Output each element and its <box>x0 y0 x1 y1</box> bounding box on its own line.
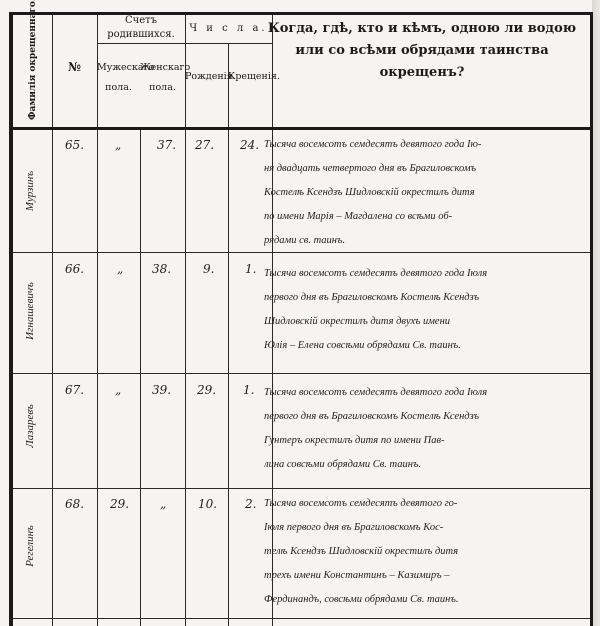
entry-female: 37. <box>157 138 176 152</box>
entry-baptism-day: 1. <box>243 383 254 397</box>
header-births-count: Счетъ родившихся. <box>97 14 185 42</box>
header-surname: Фамилія окрещеннаго. <box>28 10 38 120</box>
entry-birth-day: 10. <box>198 497 217 511</box>
entry-birth-day: 9. <box>203 262 214 276</box>
entry-line: лина совсѣми обрядами Св. таинъ. <box>264 453 580 477</box>
entry-line: трехъ имени Константинъ – Казимиръ – <box>264 564 580 588</box>
entry-text: Тысяча восемсотъ семдесятъ девятого го- … <box>264 492 580 612</box>
entry-line: рядами св. таинъ. <box>264 229 580 253</box>
header-subdivider <box>97 43 185 44</box>
entry-line: по имени Марія – Магдалена со всѣми об- <box>264 205 580 229</box>
col-divider <box>140 130 141 626</box>
entry-birth-day: 27. <box>195 138 214 152</box>
entry-line: Тысяча восемсотъ семдесятъ девятого го- <box>264 492 580 516</box>
entry-number: 68. <box>65 497 84 511</box>
header-dates: Ч и с л а. <box>185 22 272 36</box>
header-birth: Рожденія. <box>185 70 228 84</box>
entry-line: телѣ Ксендзъ Шидловскій окрестилъ дитя <box>264 540 580 564</box>
entry-line: Фердинандъ, совсѣми обрядами Св. таинъ. <box>264 588 580 612</box>
entry-surname: Лазаревъ <box>24 376 36 476</box>
entry-line: Костелѣ Ксендзъ Шидловскій окрестилъ дит… <box>264 181 580 205</box>
header-bottom-rule <box>13 127 590 130</box>
header-female: Женскаго пола. <box>140 58 185 98</box>
entry-baptism-day: 2. <box>245 497 256 511</box>
entry-birth-day: 29. <box>197 383 216 397</box>
entry-female: 39. <box>152 383 171 397</box>
entry-male: 29. <box>110 497 129 511</box>
entry-line: Шидловскій окрестилъ дитя двухъ имени <box>264 310 580 334</box>
header-question: Когда, гдѣ, кто и кѣмъ, одною ли водою и… <box>264 18 580 84</box>
entry-line: Тысяча восемсотъ семдесятъ девятого года… <box>264 133 580 157</box>
entry-line: Іюля первого дня въ Брагиловскомъ Кос- <box>264 516 580 540</box>
entry-female: 38. <box>152 262 171 276</box>
col-divider <box>228 43 229 626</box>
entry-male: „ <box>117 262 123 276</box>
question-line: Когда, гдѣ, кто и кѣмъ, одною ли водою <box>264 18 580 40</box>
entry-surname: Регелинъ <box>24 496 36 596</box>
header-number: № <box>52 60 97 74</box>
register-page: Фамилія окрещеннаго. № Счетъ родившихся.… <box>0 0 600 626</box>
entry-line: первого дня въ Брагиловскомъ Костелѣ Ксе… <box>264 286 580 310</box>
header-subdivider <box>185 43 272 44</box>
entry-line: Гунтеръ окрестилъ дитя по имени Пав- <box>264 429 580 453</box>
page-edge <box>592 0 600 626</box>
entry-surname: Мурзинъ <box>24 141 36 241</box>
entry-female: „ <box>160 497 166 511</box>
entry-line: первого дня въ Брагиловскомъ Костелѣ Ксе… <box>264 405 580 429</box>
col-divider <box>97 15 98 626</box>
question-line: или со всѣми обрядами таинства <box>264 40 580 62</box>
col-divider <box>52 15 53 626</box>
entry-number: 66. <box>65 262 84 276</box>
entry-male: „ <box>115 383 121 397</box>
entry-line: Тысяча восемсотъ семдесятъ девятого года… <box>264 381 580 405</box>
header-male: Мужескаго пола. <box>97 58 140 98</box>
question-line: окрещенъ? <box>264 62 580 84</box>
row-divider <box>13 488 590 489</box>
entry-line: ня двадцать четвертого дня въ Брагиловск… <box>264 157 580 181</box>
entry-line: Тысяча восемсотъ семдесятъ девятого года… <box>264 262 580 286</box>
entry-number: 67. <box>65 383 84 397</box>
row-divider <box>13 373 590 374</box>
row-divider <box>13 618 590 619</box>
entry-number: 65. <box>65 138 84 152</box>
entry-text: Тысяча восемсотъ семдесятъ девятого года… <box>264 262 580 358</box>
entry-line: Юлія – Елена совсѣми обрядами Св. таинъ. <box>264 334 580 358</box>
entry-text: Тысяча восемсотъ семдесятъ девятого года… <box>264 381 580 477</box>
entry-text: Тысяча восемсотъ семдесятъ девятого года… <box>264 133 580 253</box>
entry-male: „ <box>115 138 121 152</box>
entry-baptism-day: 1. <box>245 262 256 276</box>
entry-baptism-day: 24. <box>240 138 259 152</box>
col-divider <box>185 15 186 626</box>
entry-surname: Игнашевичъ <box>24 261 36 361</box>
